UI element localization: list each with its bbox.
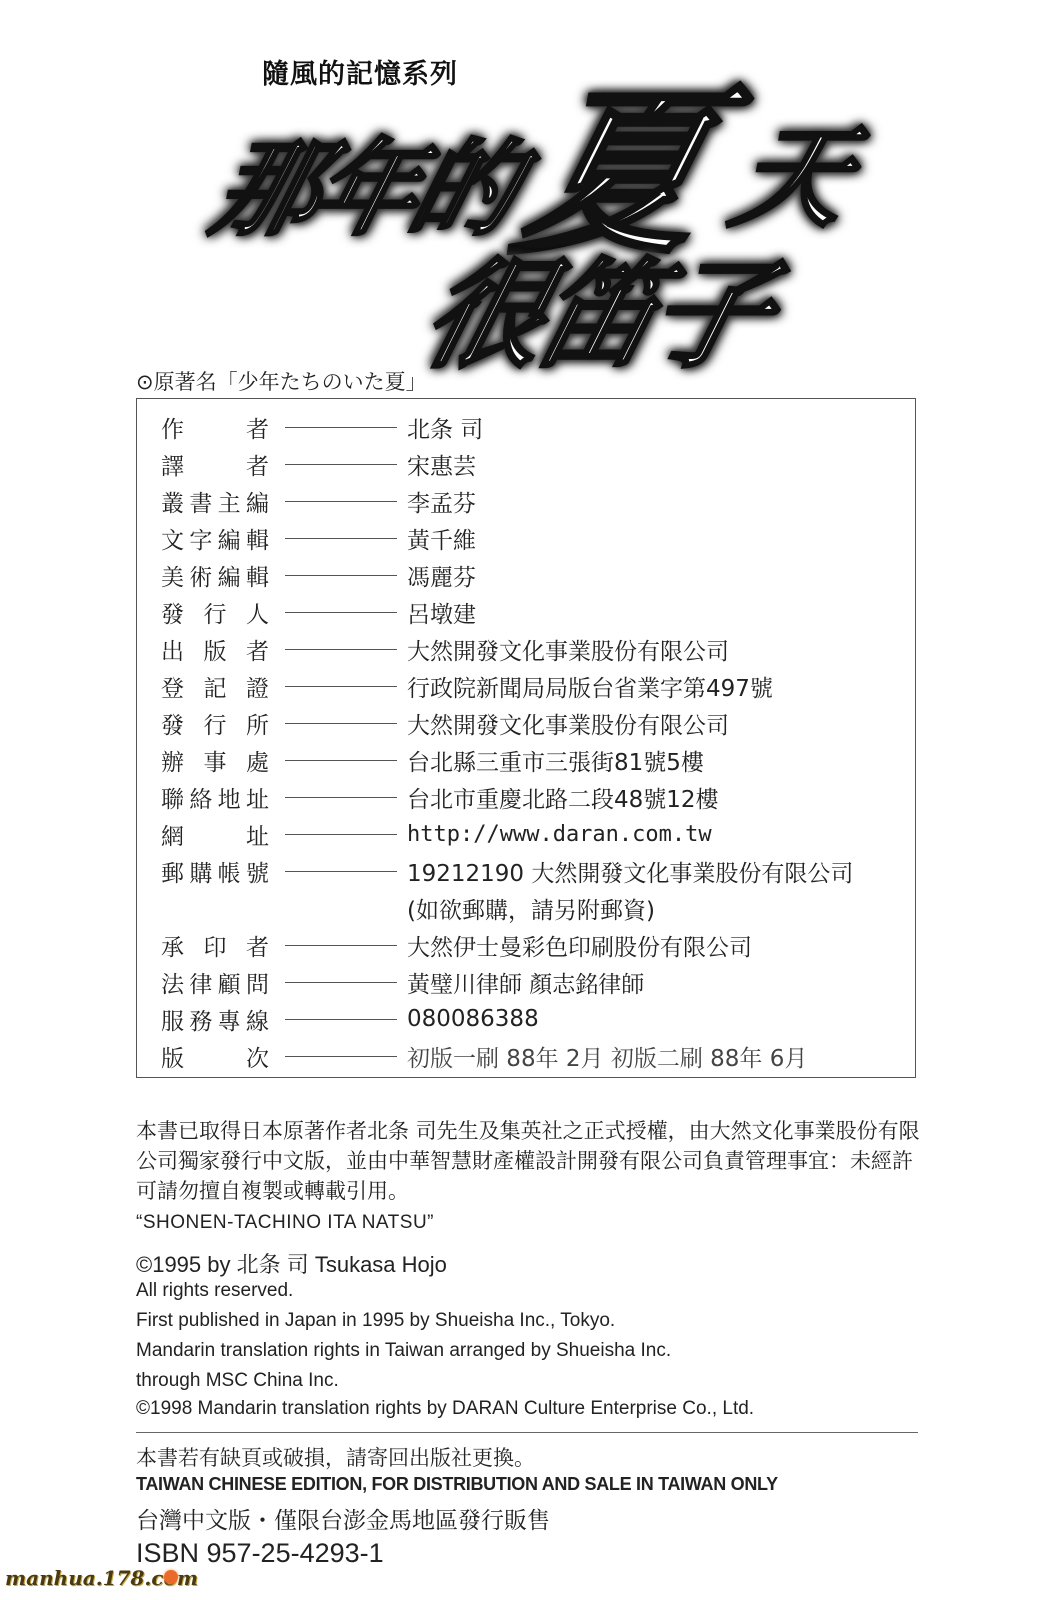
credit-label: 聯絡地址 (161, 781, 269, 814)
credit-note: (如欲郵購，請另附郵資) (407, 890, 655, 926)
leader-line (285, 1056, 397, 1057)
credit-value: 19212190 大然開發文化事業股份有限公司 (407, 855, 853, 888)
credit-value: 大然開發文化事業股份有限公司 (407, 707, 729, 740)
credit-value: 大然伊士曼彩色印刷股份有限公司 (407, 929, 752, 962)
credit-label: 美術編輯 (161, 559, 269, 592)
credit-label: 文字編輯 (161, 522, 269, 555)
credit-label: 辦事處 (161, 744, 269, 777)
credit-value: 黃千維 (407, 522, 476, 555)
credit-label: 服務專線 (161, 1003, 269, 1036)
leader-line (285, 871, 397, 872)
credit-value: 行政院新聞局局版台省業字第497號 (407, 670, 773, 703)
leader-line (285, 575, 397, 576)
credit-value: 台北縣三重市三張街81號5樓 (407, 744, 704, 777)
credit-value: 北条 司 (407, 411, 483, 444)
credit-row: 郵購帳號19212190 大然開發文化事業股份有限公司 (161, 853, 853, 889)
flower-icon (164, 1570, 178, 1584)
credit-label: 網址 (161, 818, 269, 851)
damage-notice: 本書若有缺頁或破損，請寄回出版社更換。 (136, 1442, 535, 1472)
credit-row: 網址http://www.daran.com.tw (161, 816, 712, 852)
credit-value: 080086388 (407, 1006, 539, 1032)
credit-row: 美術編輯馮麗芬 (161, 557, 476, 593)
leader-line (285, 686, 397, 687)
leader-line (285, 945, 397, 946)
leader-line (285, 464, 397, 465)
credit-row: 發行人呂墩建 (161, 594, 476, 630)
credit-value: 台北市重慶北路二段48號12樓 (407, 781, 719, 814)
credit-row: 辦事處台北縣三重市三張街81號5樓 (161, 742, 704, 778)
credit-label: 郵購帳號 (161, 855, 269, 888)
credit-label: 發行所 (161, 707, 269, 740)
credit-label: 譯者 (161, 448, 269, 481)
footer-divider (136, 1432, 918, 1433)
mandarin-arranged: Mandarin translation rights in Taiwan ar… (136, 1340, 671, 1362)
leader-line (285, 649, 397, 650)
credit-value: 宋惠芸 (407, 448, 476, 481)
credit-value: 李孟芬 (407, 485, 476, 518)
credit-label: 承印者 (161, 929, 269, 962)
credit-row: 叢書主編李孟芬 (161, 483, 476, 519)
edition-cn: 台灣中文版・僅限台澎金馬地區發行販售 (136, 1502, 550, 1535)
rights-reserved: All rights reserved. (136, 1280, 293, 1302)
credit-label: 發行人 (161, 596, 269, 629)
leader-line (285, 427, 397, 428)
credit-label: 登記證 (161, 670, 269, 703)
credit-value: 初版一刷 88年 2月 初版二刷 88年 6月 (407, 1040, 807, 1073)
credit-row: 版次初版一刷 88年 2月 初版二刷 88年 6月 (161, 1038, 807, 1074)
english-title: “SHONEN-TACHINO ITA NATSU” (136, 1212, 434, 1234)
through-msc: through MSC China Inc. (136, 1370, 339, 1392)
credits-box: 作者北条 司譯者宋惠芸叢書主編李孟芬文字編輯黃千維美術編輯馮麗芬發行人呂墩建出版… (136, 398, 916, 1078)
leader-line (285, 760, 397, 761)
credit-row: 發行所大然開發文化事業股份有限公司 (161, 705, 729, 741)
credit-value: 大然開發文化事業股份有限公司 (407, 633, 729, 666)
credit-value: 馮麗芬 (407, 559, 476, 592)
leader-line (285, 723, 397, 724)
leader-line (285, 538, 397, 539)
leader-line (285, 501, 397, 502)
title-line2: 很笛子 (409, 220, 787, 390)
credit-row: 文字編輯黃千維 (161, 520, 476, 556)
credit-label: 出版者 (161, 633, 269, 666)
isbn: ISBN 957-25-4293-1 (136, 1538, 384, 1569)
credit-row: 作者北条 司 (161, 409, 483, 445)
credit-label: 法律顧問 (161, 966, 269, 999)
book-title-logo: 那年的 夏 天 很笛子 (200, 60, 900, 360)
credit-value[interactable]: http://www.daran.com.tw (407, 822, 712, 847)
leader-line (285, 1019, 397, 1020)
leader-line (285, 797, 397, 798)
credit-row: 服務專線080086388 (161, 1001, 539, 1037)
first-published: First published in Japan in 1995 by Shue… (136, 1310, 615, 1332)
leader-line (285, 982, 397, 983)
credit-value: 黃璧川律師 顏志銘律師 (407, 966, 644, 999)
leader-line (285, 834, 397, 835)
credit-row: 法律顧問黃璧川律師 顏志銘律師 (161, 964, 644, 1000)
credit-row: 登記證行政院新聞局局版台省業字第497號 (161, 668, 773, 704)
credit-label: 作者 (161, 411, 269, 444)
leader-line (285, 612, 397, 613)
copyright-1998: ©1998 Mandarin translation rights by DAR… (136, 1398, 754, 1420)
credit-value: 呂墩建 (407, 596, 476, 629)
credit-row: 承印者大然伊士曼彩色印刷股份有限公司 (161, 927, 752, 963)
license-notice: 本書已取得日本原著作者北条 司先生及集英社之正式授權，由大然文化事業股份有限公司… (136, 1116, 926, 1206)
original-title: ⊙原著名「少年たちのいた夏」 (136, 366, 427, 396)
credit-row: 譯者宋惠芸 (161, 446, 476, 482)
credit-row: 出版者大然開發文化事業股份有限公司 (161, 631, 729, 667)
copyright-1995: ©1995 by 北条 司 Tsukasa Hojo (136, 1248, 447, 1279)
credit-label: 叢書主編 (161, 485, 269, 518)
credit-label: 版次 (161, 1040, 269, 1073)
edition-en: TAIWAN CHINESE EDITION, FOR DISTRIBUTION… (136, 1474, 778, 1495)
credit-row: 聯絡地址台北市重慶北路二段48號12樓 (161, 779, 719, 815)
